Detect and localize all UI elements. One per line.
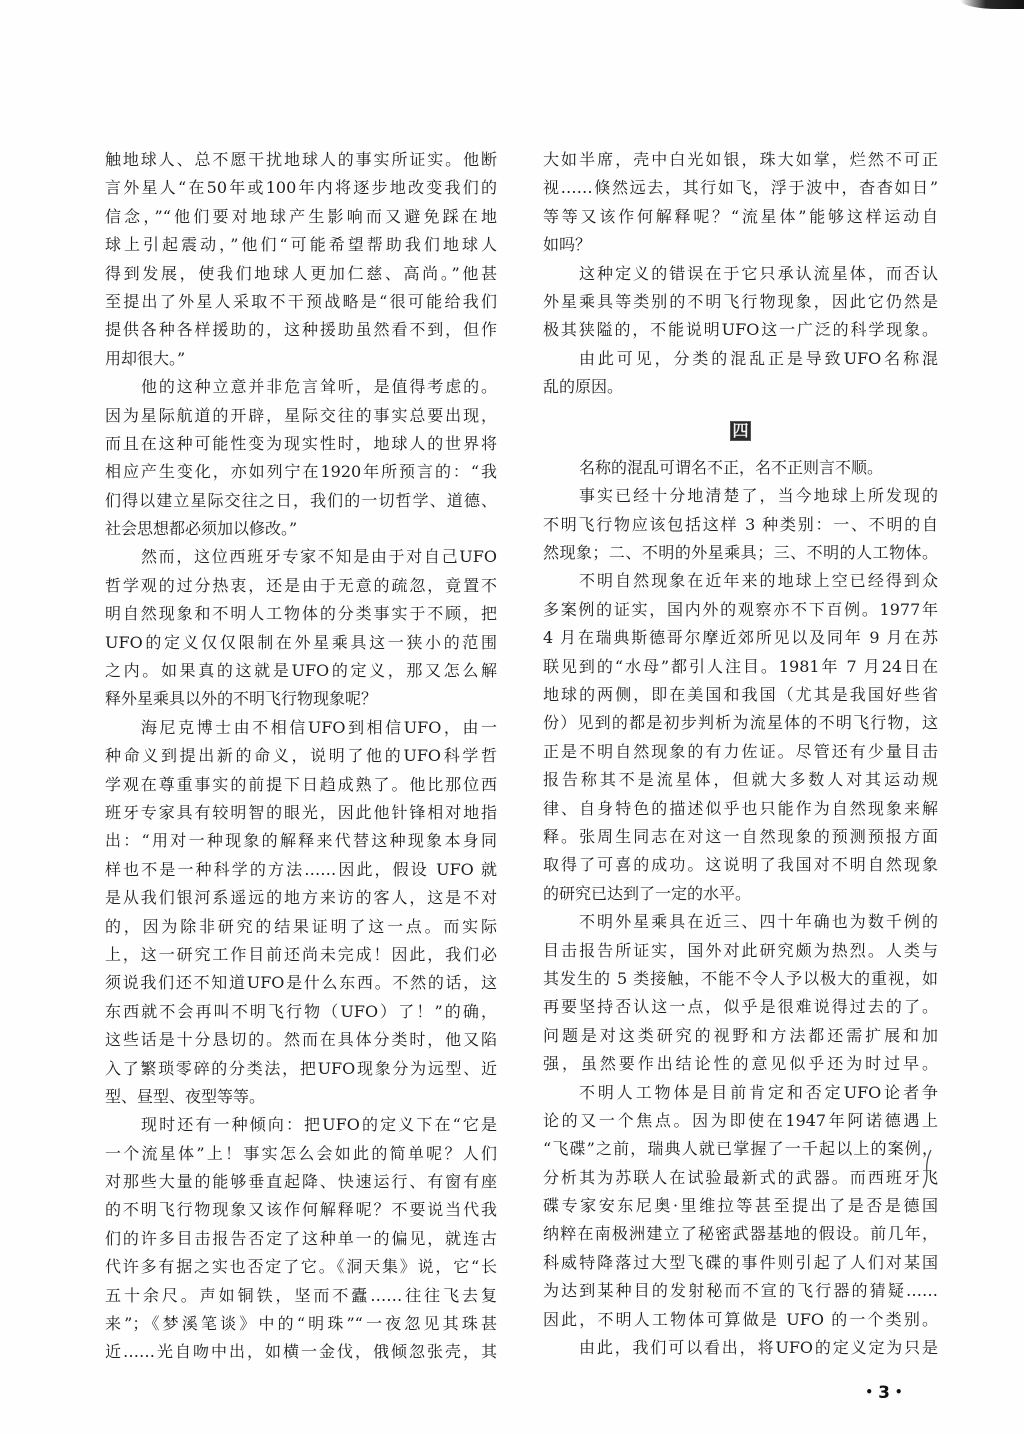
pen-mark <box>918 1148 934 1190</box>
text-line: 极其狭隘的，不能说明UFO这一广泛的科学现象。 <box>543 316 938 344</box>
text-line: 们的许多目击报告否定了这种单一的偏见，就连古 <box>105 1225 497 1253</box>
text-line: 乱的原因。 <box>543 373 938 401</box>
paragraph: 不明自然现象在近年来的地球上空已经得到众 多案例的证实，国内外的观察亦不下百例。… <box>543 567 938 908</box>
text-line: 分析其为苏联人在试验最新式的武器。而西班牙飞 <box>543 1164 938 1192</box>
scan-artifact <box>960 0 1024 9</box>
text-line: 用却很大。” <box>105 345 497 373</box>
paragraph: 这种定义的错误在于它只承认流星体，而否认 外星乘具等类别的不明飞行物现象，因此它… <box>543 260 938 345</box>
text-line: 如吗？ <box>543 231 938 259</box>
text-line: 联见到的“水母”都引人注目。1981年 7 月24日在 <box>543 653 938 681</box>
text-line: 不明飞行物应该包括这样 3 种类别：一、不明的自 <box>543 511 938 539</box>
text-line: 种命义到提出新的命义，说明了他的UFO科学哲 <box>105 742 497 770</box>
scanned-page: 触地球人、总不愿干扰地球人的事实所证实。他断 言外星人“在50年或100年内将逐… <box>0 0 1024 1434</box>
paragraph: 他的这种立意并非危言耸听，是值得考虑的。 因为星际航道的开辟，星际交往的事实总要… <box>105 373 497 543</box>
paragraph: 由此可见，分类的混乱正是导致UFO名称混 乱的原因。 <box>543 345 938 402</box>
paragraph: 由此，我们可以看出，将UFO的定义定为只是 <box>543 1334 938 1362</box>
text-line: 不明人工物体是目前肯定和否定UFO论者争 <box>543 1079 938 1107</box>
text-line: 问题是对这类研究的视野和方法都还需扩展和加 <box>543 1022 938 1050</box>
text-line: 由此，我们可以看出，将UFO的定义定为只是 <box>543 1334 938 1362</box>
right-column: 大如半席，壳中白光如银，珠大如掌，烂然不可正 视……倏然远去，其行如飞，浮于波中… <box>543 146 938 1362</box>
text-line: 学观在尊重事实的前提下日趋成熟了。他比那位西 <box>105 771 497 799</box>
paragraph: 海尼克博士由不相信UFO到相信UFO，由一 种命义到提出新的命义，说明了他的UF… <box>105 714 497 1111</box>
text-line: 来”；《梦溪笔谈》中的“明珠”“一夜忽见其珠甚 <box>105 1310 497 1338</box>
text-line: 论的又一个焦点。因为即使在1947年阿诺德遇上 <box>543 1107 938 1135</box>
text-line: 是从我们银河系遥远的地方来访的客人，这是不对 <box>105 884 497 912</box>
text-line: 得到发展，使我们地球人更加仁慈、高尚。”他甚 <box>105 260 497 288</box>
text-line: 由此可见，分类的混乱正是导致UFO名称混 <box>543 345 938 373</box>
text-line: 事实已经十分地清楚了，当今地球上所发现的 <box>543 482 938 510</box>
text-line: 再要坚持否认这一点，似乎是很难说得过去的了。 <box>543 993 938 1021</box>
text-line: 科威特降落过大型飞碟的事件则引起了人们对某国 <box>543 1249 938 1277</box>
text-line: 班牙专家具有较明智的眼光，因此他针锋相对地指 <box>105 799 497 827</box>
text-line: 型、昼型、夜型等等。 <box>105 1083 497 1111</box>
text-line: 地球的两侧，即在美国和我国（尤其是我国好些省 <box>543 681 938 709</box>
text-line: 之内。如果真的这就是UFO的定义，那又怎么解 <box>105 657 497 685</box>
paragraph: 大如半席，壳中白光如银，珠大如掌，烂然不可正 视……倏然远去，其行如飞，浮于波中… <box>543 146 938 260</box>
text-line: 相应产生变化，亦如列宁在1920年所预言的：“我 <box>105 458 497 486</box>
text-line: 信念，”“他们要对地球产生影响而又避免踩在地 <box>105 203 497 231</box>
text-line: UFO的定义仅仅限制在外星乘具这一狭小的范围 <box>105 629 497 657</box>
text-line: 其发生的 5 类接触，不能不令人予以极大的重视，如 <box>543 965 938 993</box>
text-line: 这种定义的错误在于它只承认流星体，而否认 <box>543 260 938 288</box>
text-line: 纳粹在南极洲建立了秘密武器基地的假设。前几年， <box>543 1220 938 1248</box>
text-line: 对那些大量的能够垂直起降、快速运行、有窗有座 <box>105 1168 497 1196</box>
paragraph: 名称的混乱可谓名不正，名不正则言不顺。 <box>543 454 938 482</box>
quote-line: 社会思想都必须加以修改。” <box>105 515 497 543</box>
paragraph: 触地球人、总不愿干扰地球人的事实所证实。他断 言外星人“在50年或100年内将逐… <box>105 146 497 373</box>
text-line: 正是不明自然现象的有力佐证。尽管还有少量目击 <box>543 738 938 766</box>
paragraph: 然而，这位西班牙专家不知是由于对自己UFO 哲学观的过分热衷，还是由于无意的疏忽… <box>105 543 497 713</box>
text-line: 份）见到的都是初步判析为流星体的不明飞行物，这 <box>543 709 938 737</box>
text-line: 释。张周生同志在对这一自然现象的预测预报方面 <box>543 823 938 851</box>
text-line: “飞碟”之前，瑞典人就已掌握了一千起以上的案例， <box>543 1135 938 1163</box>
text-line: 4 月在瑞典斯德哥尔摩近郊所见以及同年 9 月在苏 <box>543 624 938 652</box>
text-line: 名称的混乱可谓名不正，名不正则言不顺。 <box>543 454 938 482</box>
text-line: 为达到某种目的发射秘而不宣的飞行器的猜疑…… <box>543 1277 938 1305</box>
text-line: 外星乘具等类别的不明飞行物现象，因此它仍然是 <box>543 288 938 316</box>
section-number: 四 <box>730 421 750 441</box>
text-line: 然而，这位西班牙专家不知是由于对自己UFO <box>105 543 497 571</box>
text-line: 因此，不明人工物体可算做是 UFO 的一个类别。 <box>543 1306 938 1334</box>
paragraph: 现时还有一种倾向：把UFO的定义下在“它是 一个流星体”上！事实怎么会如此的简单… <box>105 1111 497 1367</box>
text-line: 不明自然现象在近年来的地球上空已经得到众 <box>543 567 938 595</box>
text-line: 须说我们还不知道UFO是什么东西。不然的话，这 <box>105 969 497 997</box>
left-column: 触地球人、总不愿干扰地球人的事实所证实。他断 言外星人“在50年或100年内将逐… <box>105 146 497 1367</box>
text-line: 至提出了外星人采取不干预战略是“很可能给我们 <box>105 288 497 316</box>
bullet-icon: • <box>865 1385 873 1399</box>
page-number-value: 3 <box>878 1383 890 1403</box>
text-line: 样也不是一种科学的方法……因此，假设 UFO 就 <box>105 856 497 884</box>
text-line: 报告称其不是流星体，但就大多数人对其运动规 <box>543 766 938 794</box>
text-line: 五十余尺。声如铜铁，坚而不蠹……往往飞去复 <box>105 1282 497 1310</box>
text-line: 释外星乘具以外的不明飞行物现象呢？ <box>105 685 497 713</box>
text-line: 东西就不会再叫不明飞行物（UFO）了！”的确， <box>105 998 497 1026</box>
text-line: 出：“用对一种现象的解释来代替这种现象本身同 <box>105 827 497 855</box>
text-line: 的不明飞行物现象又该作何解释呢？不要说当代我 <box>105 1196 497 1224</box>
paragraph: 不明人工物体是目前肯定和否定UFO论者争 论的又一个焦点。因为即使在1947年阿… <box>543 1079 938 1335</box>
text-line: 多案例的证实，国内外的观察亦不下百例。1977年 <box>543 596 938 624</box>
page-number: •3• <box>852 1380 916 1405</box>
text-line: 大如半席，壳中白光如银，珠大如掌，烂然不可正 <box>543 146 938 174</box>
text-line: 不明外星乘具在近三、四十年确也为数千例的 <box>543 908 938 936</box>
text-line: 触地球人、总不愿干扰地球人的事实所证实。他断 <box>105 146 497 174</box>
quote-line: 们得以建立星际交往之日，我们的一切哲学、道德、 <box>105 487 497 515</box>
text-line: 视……倏然远去，其行如飞，浮于波中，杳杳如日” <box>543 174 938 202</box>
text-line: 入了繁琐零碎的分类法，把UFO现象分为远型、近 <box>105 1055 497 1083</box>
text-line: 近……光自吻中出，如横一金伐，俄倾忽张壳，其 <box>105 1338 497 1366</box>
text-line: 因为星际航道的开辟，星际交往的事实总要出现， <box>105 402 497 430</box>
bullet-icon: • <box>895 1385 903 1399</box>
paragraph: 事实已经十分地清楚了，当今地球上所发现的 不明飞行物应该包括这样 3 种类别：一… <box>543 482 938 567</box>
section-heading: 四 <box>543 417 938 445</box>
text-line: 目击报告所证实，国外对此研究颇为热烈。人类与 <box>543 937 938 965</box>
text-line: 提供各种各样援助的，这种援助虽然看不到，但作 <box>105 316 497 344</box>
text-line: 强，虽然要作出结论性的意见似乎还为时过早。 <box>543 1050 938 1078</box>
text-line: 而且在这种可能性变为现实性时，地球人的世界将 <box>105 430 497 458</box>
text-line: 明自然现象和不明人工物体的分类事实于不顾，把 <box>105 600 497 628</box>
text-line: 等等又该作何解释呢？“流星体”能够这样运动自 <box>543 203 938 231</box>
text-line: 取得了可喜的成功。这说明了我国对不明自然现象 <box>543 851 938 879</box>
text-line: 海尼克博士由不相信UFO到相信UFO，由一 <box>105 714 497 742</box>
text-line: 言外星人“在50年或100年内将逐步地改变我们的 <box>105 174 497 202</box>
text-line: 一个流星体”上！事实怎么会如此的简单呢？人们 <box>105 1140 497 1168</box>
text-line: 然现象；二、不明的外星乘具；三、不明的人工物体。 <box>543 539 938 567</box>
text-line: 代许多有据之实也否定了它。《洞天集》说，它“长 <box>105 1253 497 1281</box>
text-line: 球上引起震动，”他们“可能希望帮助我们地球人 <box>105 231 497 259</box>
paragraph: 不明外星乘具在近三、四十年确也为数千例的 目击报告所证实，国外对此研究颇为热烈。… <box>543 908 938 1078</box>
text-line: 的研究已达到了一定的水平。 <box>543 880 938 908</box>
text-line: 律、自身特色的描述似乎也只能作为自然现象来解 <box>543 795 938 823</box>
text-line: 碟专家安东尼奥·里维拉等甚至提出了是否是德国 <box>543 1192 938 1220</box>
text-line: 现时还有一种倾向：把UFO的定义下在“它是 <box>105 1111 497 1139</box>
text-line: 的，因为除非研究的结果证明了这一点。而实际 <box>105 913 497 941</box>
text-line: 上，这一研究工作目前还尚未完成！因此，我们必 <box>105 941 497 969</box>
text-line: 这些话是十分恳切的。然而在具体分类时，他又陷 <box>105 1026 497 1054</box>
text-line: 他的这种立意并非危言耸听，是值得考虑的。 <box>105 373 497 401</box>
text-line: 哲学观的过分热衷，还是由于无意的疏忽，竟置不 <box>105 572 497 600</box>
